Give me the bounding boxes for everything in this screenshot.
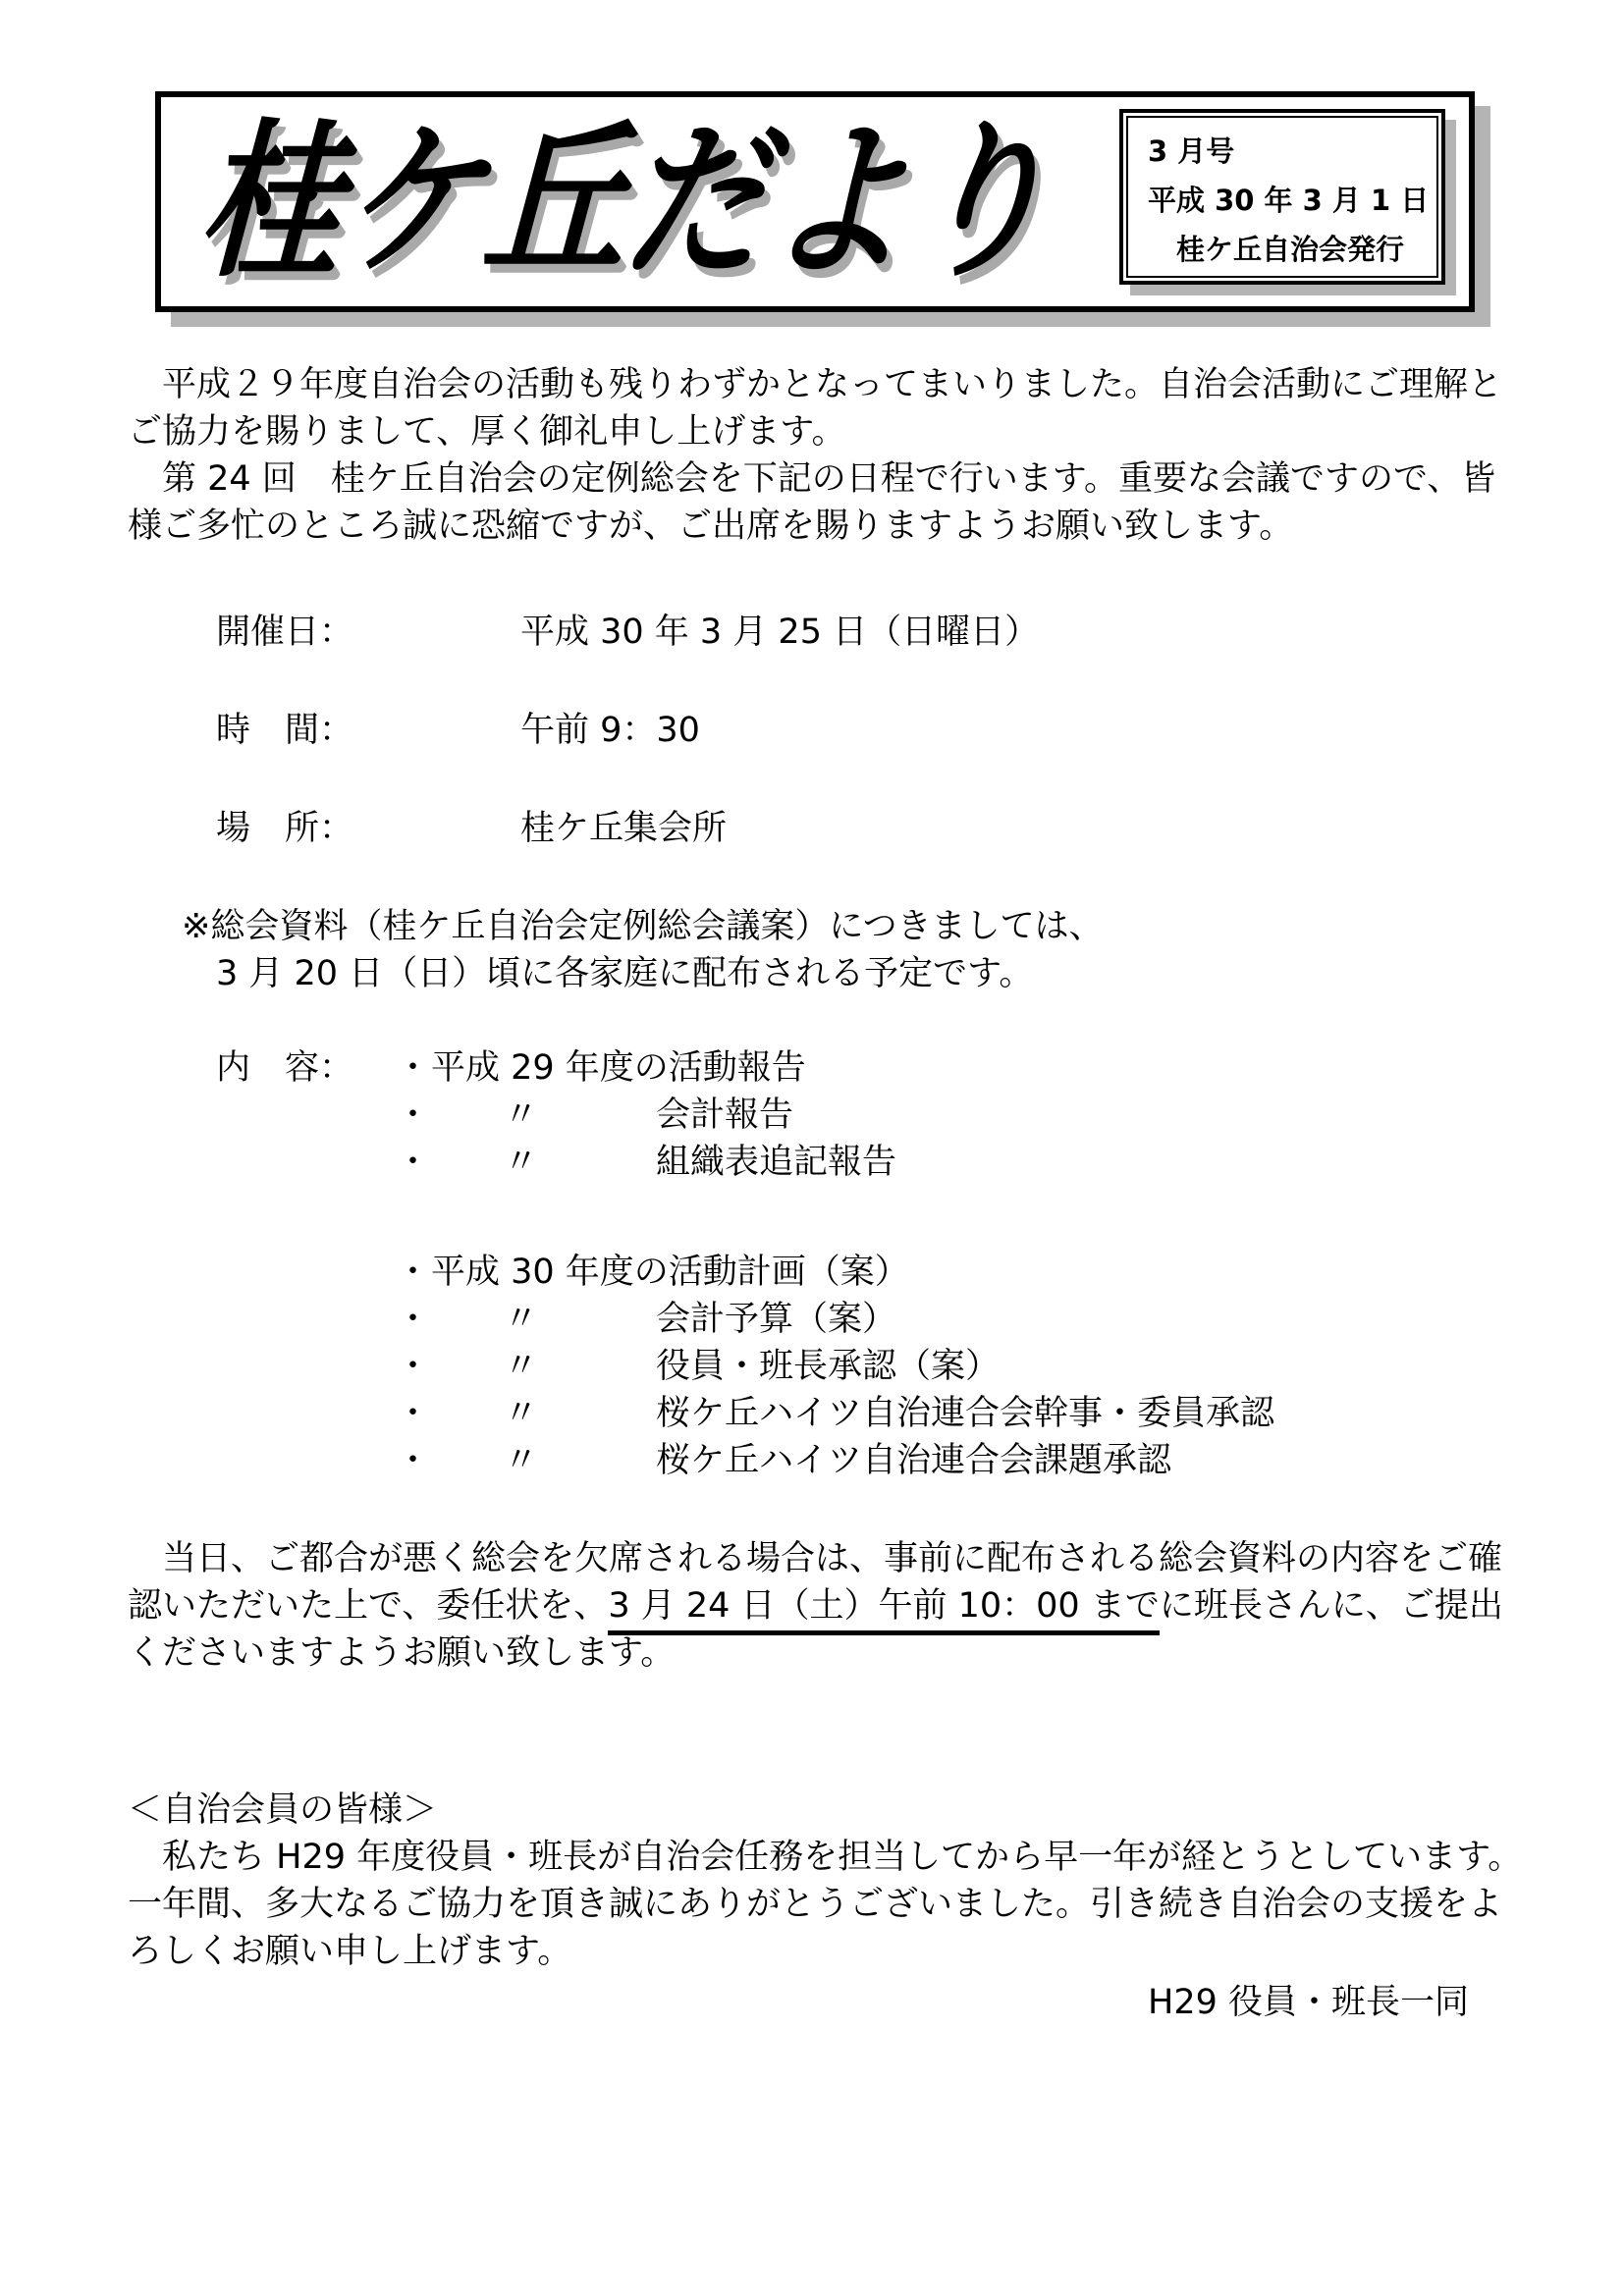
- bullet-icon: ・: [396, 1343, 431, 1390]
- announcement-paragraph-line-2: 様ご多忙のところ誠に恐縮ですが、ご出席を賜りますようお願い致します。: [128, 503, 1502, 550]
- agenda-item-text: 組織表追記報告: [656, 1143, 896, 1182]
- agenda-row-activity-report: 内 容：・平成 29 年度の活動報告: [128, 1044, 1502, 1092]
- meeting-date-value: 平成 30 年 3 月 25 日（日曜日）: [520, 613, 1039, 652]
- meeting-place-value: 桂ケ丘集会所: [520, 809, 727, 848]
- announcement-paragraph-line-1: 第 24 回 桂ケ丘自治会の定例総会を下記の日程で行います。重要な会議ですので、…: [128, 455, 1502, 503]
- proxy-paragraph-line-2: 認いただいた上で、委任状を、3 月 24 日（土）午前 10：00 までに班長さ…: [128, 1582, 1502, 1629]
- proxy-deadline-underlined: 3 月 24 日（土）午前 10：00 まで: [608, 1586, 1160, 1635]
- bullet-icon: ・: [396, 1249, 431, 1296]
- bullet-icon: ・: [396, 1139, 431, 1186]
- proxy-line-2-pre: 認いただいた上で、委任状を、: [128, 1586, 608, 1626]
- agenda-row-officer-approval: ・〃役員・班長承認（案）: [128, 1343, 1502, 1390]
- issue-date: 平成 30 年 3 月 1 日: [1148, 176, 1431, 225]
- masthead-box: 桂ケ丘だより 3 月号 平成 30 年 3 月 1 日 桂ケ丘自治会発行: [155, 91, 1475, 312]
- meeting-time-value: 午前 9：30: [520, 711, 700, 750]
- ditto-mark: 〃: [431, 1092, 656, 1139]
- agenda-item-text: 役員・班長承認（案）: [656, 1347, 1000, 1386]
- issue-info-inner: 3 月号 平成 30 年 3 月 1 日 桂ケ丘自治会発行: [1126, 116, 1438, 278]
- agenda-row-org-chart-report: ・〃組織表追記報告: [128, 1139, 1502, 1186]
- agenda-label: 内 容：: [216, 1044, 396, 1092]
- proxy-line-2-post: に班長さんに、ご提出: [1160, 1586, 1503, 1626]
- newsletter-title: 桂ケ丘だより: [184, 97, 1091, 306]
- agenda-row-activity-plan: ・平成 30 年度の活動計画（案）: [128, 1249, 1502, 1296]
- meeting-time-row: 時 間：午前 9：30: [128, 707, 1502, 754]
- agenda-row-budget-plan: ・〃会計予算（案）: [128, 1296, 1502, 1343]
- materials-note-line-1: ※総会資料（桂ケ丘自治会定例総会議案）につきましては、: [128, 903, 1502, 950]
- meeting-time-label: 時 間：: [216, 707, 520, 754]
- intro-paragraph-line-1: 平成２９年度自治会の活動も残りわずかとなってまいりました。自治会活動にご理解と: [128, 361, 1502, 408]
- agenda-item-text: 会計報告: [656, 1095, 793, 1135]
- agenda-row-federation-officers: ・〃桜ケ丘ハイツ自治連合会幹事・委員承認: [128, 1390, 1502, 1437]
- meeting-place-label: 場 所：: [216, 805, 520, 852]
- meeting-place-row: 場 所：桂ケ丘集会所: [128, 805, 1502, 852]
- ditto-mark: 〃: [431, 1437, 656, 1484]
- newsletter-page: 桂ケ丘だより 3 月号 平成 30 年 3 月 1 日 桂ケ丘自治会発行 平成２…: [0, 0, 1624, 2296]
- meeting-date-label: 開催日：: [216, 609, 520, 656]
- agenda-item-text: 平成 30 年度の活動計画（案）: [431, 1253, 909, 1292]
- signature-line: H29 役員・班長一同: [128, 1979, 1502, 2026]
- members-paragraph-line-2: 一年間、多大なるご協力を頂き誠にありがとうございました。引き続き自治会の支援をよ: [128, 1881, 1502, 1928]
- ditto-mark: 〃: [431, 1390, 656, 1437]
- issue-publisher: 桂ケ丘自治会発行: [1148, 225, 1431, 274]
- ditto-mark: 〃: [431, 1343, 656, 1390]
- members-paragraph-line-1: 私たち H29 年度役員・班長が自治会任務を担当してから早一年が経とうとしていま…: [128, 1834, 1502, 1881]
- agenda-item-text: 平成 29 年度の活動報告: [431, 1048, 806, 1088]
- document-body: 平成２９年度自治会の活動も残りわずかとなってまいりました。自治会活動にご理解と …: [128, 361, 1502, 2026]
- bullet-icon: ・: [396, 1437, 431, 1484]
- issue-info-box: 3 月号 平成 30 年 3 月 1 日 桂ケ丘自治会発行: [1119, 109, 1445, 285]
- issue-number: 3 月号: [1148, 127, 1431, 176]
- agenda-row-federation-issues: ・〃桜ケ丘ハイツ自治連合会課題承認: [128, 1437, 1502, 1484]
- bullet-icon: ・: [396, 1044, 431, 1092]
- ditto-mark: 〃: [431, 1296, 656, 1343]
- bullet-icon: ・: [396, 1390, 431, 1437]
- agenda-row-accounting-report: ・〃会計報告: [128, 1092, 1502, 1139]
- agenda-item-text: 桜ケ丘ハイツ自治連合会幹事・委員承認: [656, 1394, 1274, 1433]
- materials-note-line-2: 3 月 20 日（日）頃に各家庭に配布される予定です。: [128, 950, 1502, 997]
- ditto-mark: 〃: [431, 1139, 656, 1186]
- members-heading: ＜自治会員の皆様＞: [128, 1787, 1502, 1834]
- bullet-icon: ・: [396, 1092, 431, 1139]
- intro-paragraph-line-2: ご協力を賜りまして、厚く御礼申し上げます。: [128, 408, 1502, 455]
- agenda-item-text: 桜ケ丘ハイツ自治連合会課題承認: [656, 1441, 1171, 1480]
- members-paragraph-line-3: ろしくお願い申し上げます。: [128, 1928, 1502, 1975]
- proxy-paragraph-line-3: くださいますようお願い致します。: [128, 1629, 1502, 1677]
- agenda-item-text: 会計予算（案）: [656, 1300, 896, 1339]
- proxy-paragraph-line-1: 当日、ご都合が悪く総会を欠席される場合は、事前に配布される総会資料の内容をご確: [128, 1535, 1502, 1582]
- bullet-icon: ・: [396, 1296, 431, 1343]
- meeting-date-row: 開催日：平成 30 年 3 月 25 日（日曜日）: [128, 609, 1502, 656]
